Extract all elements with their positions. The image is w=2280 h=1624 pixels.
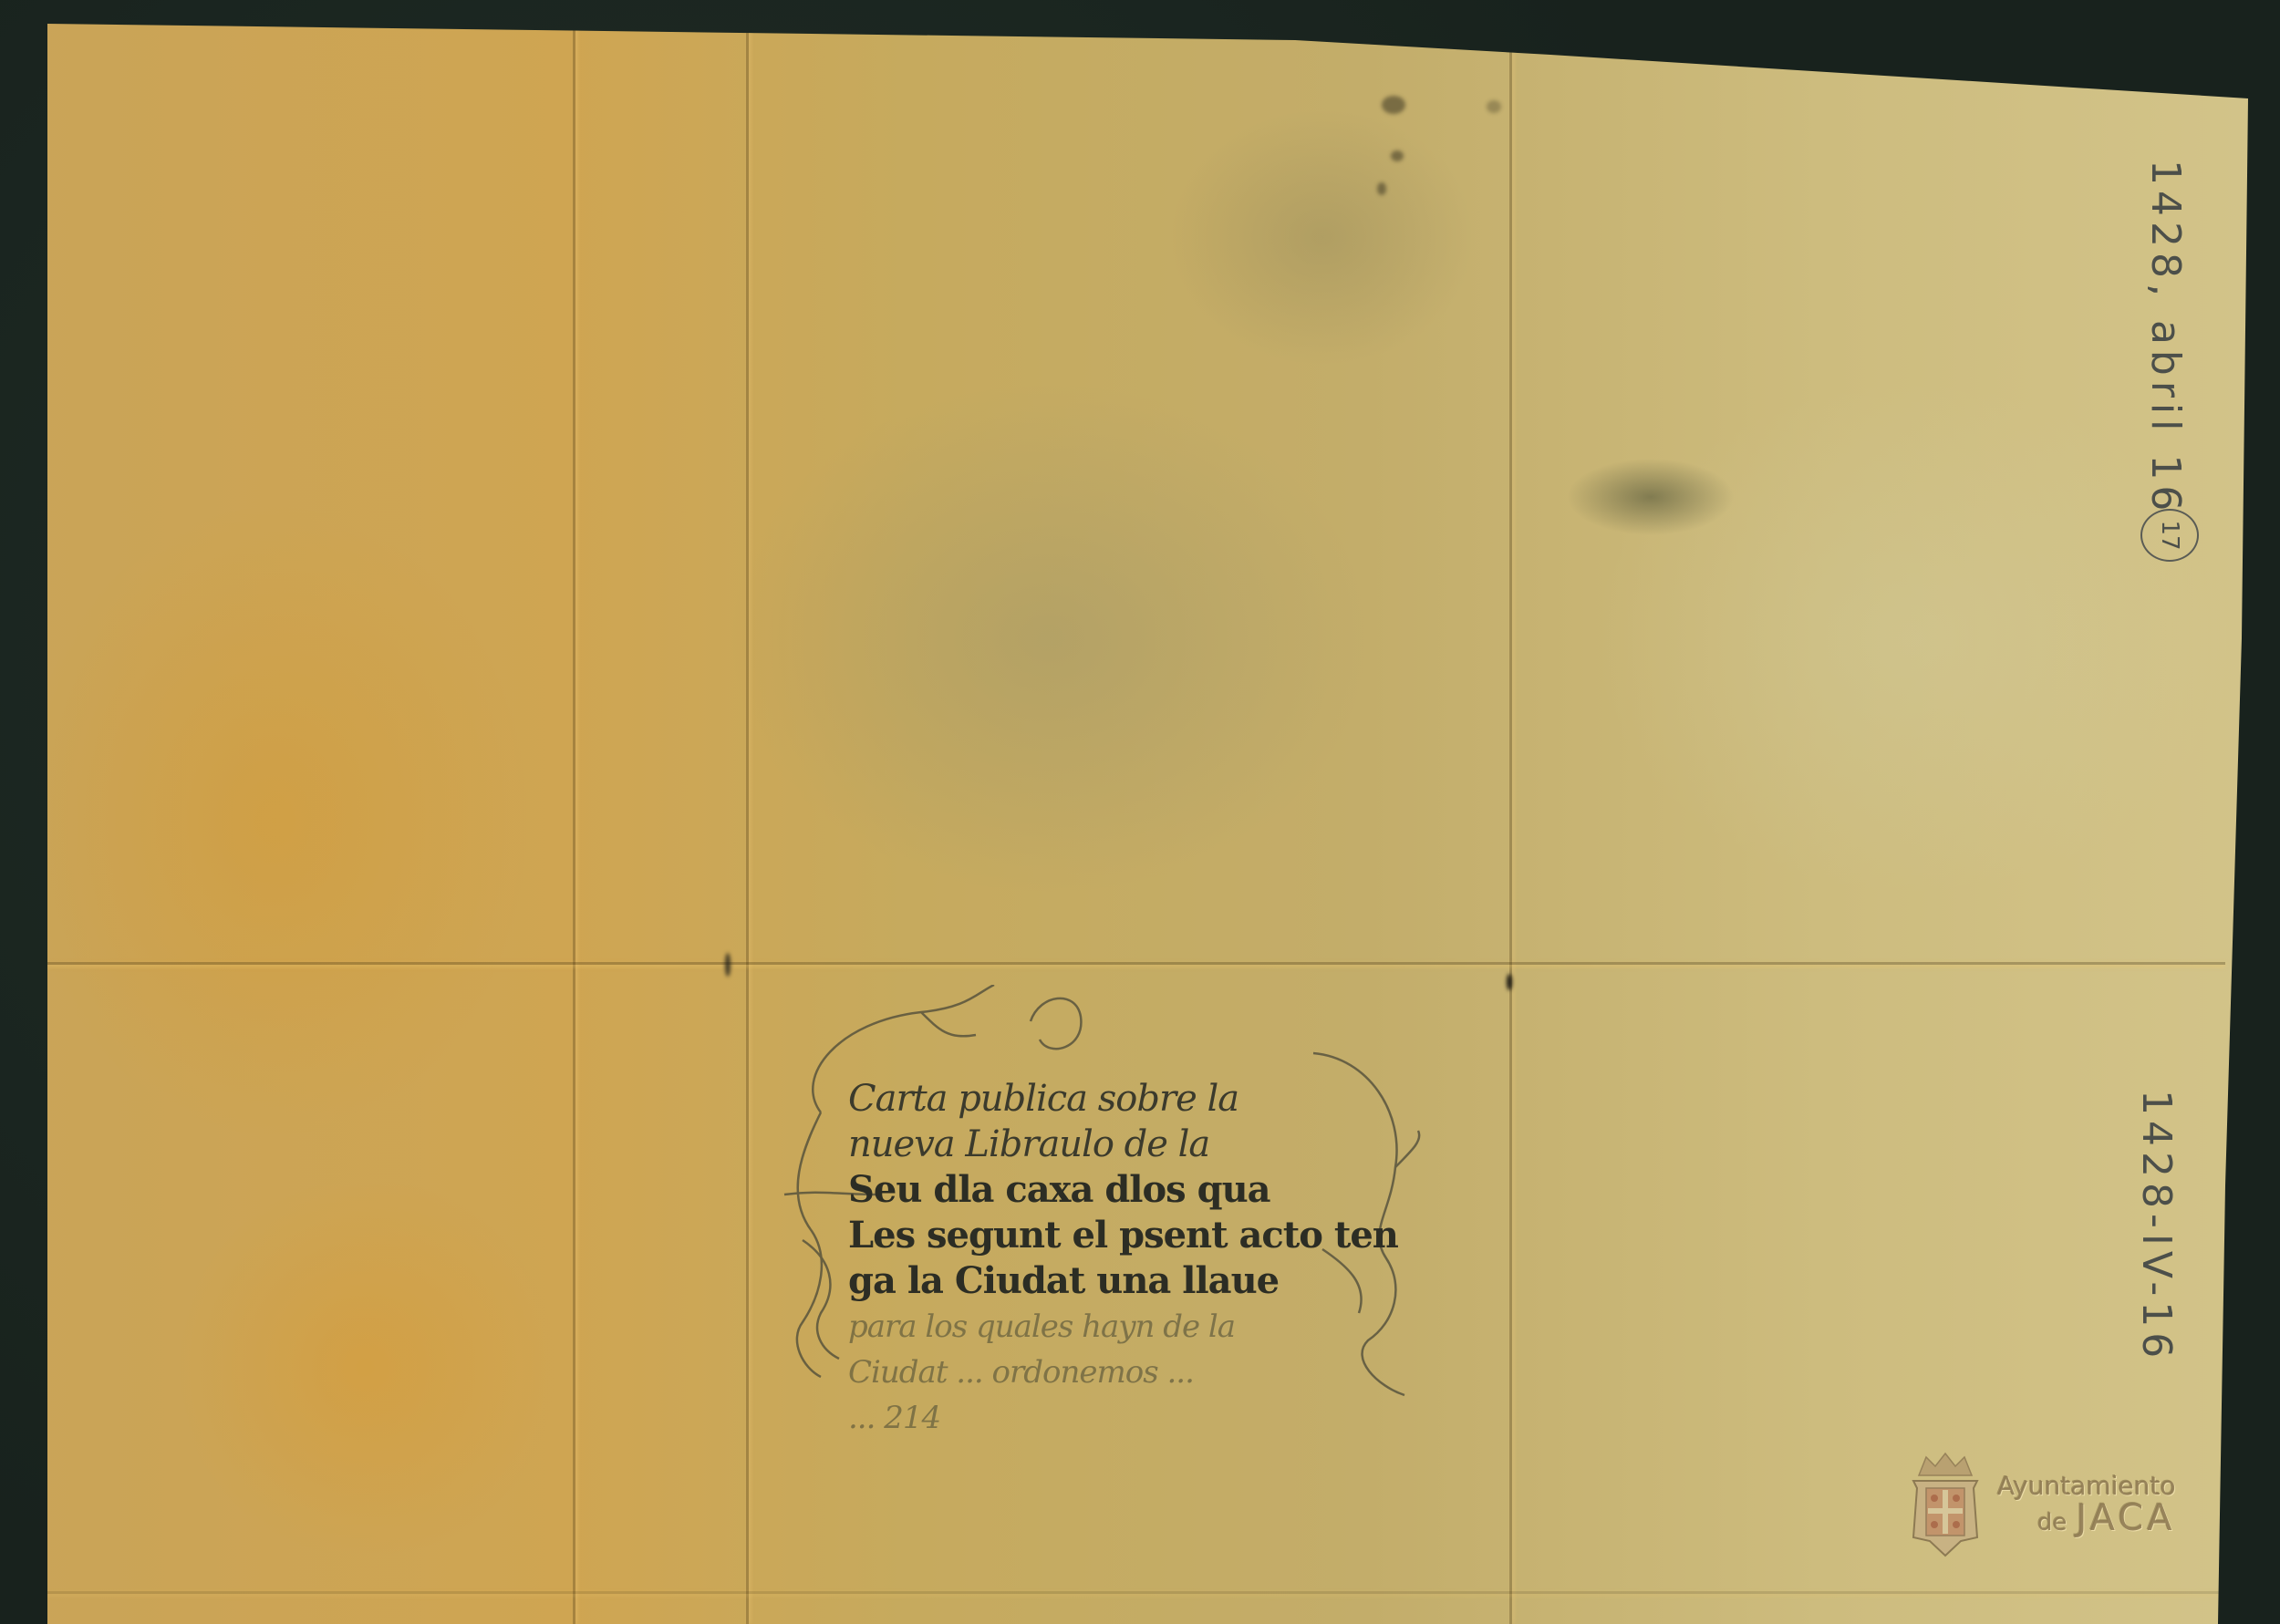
ink-stain: [1377, 182, 1386, 195]
endorsement-line: Seu dla caxa dlos qua: [848, 1167, 1432, 1213]
endorsement-line: para los quales hayn de la: [848, 1304, 1432, 1350]
archive-watermark: Ayuntamiento deJACA: [1906, 1450, 2176, 1559]
horizontal-fold-bottom: [47, 1591, 2225, 1594]
endorsement-line: ... 214: [848, 1395, 1432, 1441]
endorsement-line: nueva Libraulo de la: [848, 1122, 1432, 1167]
ink-stain: [1487, 100, 1501, 113]
endorsement-text: Carta publica sobre la nueva Libraulo de…: [848, 1076, 1432, 1441]
fold-hole: [1507, 974, 1512, 990]
pencil-date-annotation-2: 1428-IV-16: [2133, 1090, 2180, 1363]
circled-number: 17: [2140, 509, 2199, 562]
ink-stain: [1391, 150, 1404, 161]
pencil-date-annotation: 1428, abril 16: [2142, 160, 2189, 516]
parchment-sheet: Carta publica sobre la nueva Libraulo de…: [0, 0, 2280, 1624]
endorsement-line: Carta publica sobre la: [848, 1076, 1432, 1122]
vertical-fold-1: [573, 18, 575, 1624]
watermark-de: de: [2037, 1509, 2068, 1536]
ink-stain: [1382, 96, 1405, 114]
fold-hole: [725, 953, 731, 977]
endorsement-line: Ciudat ... ordonemos ...: [848, 1350, 1432, 1395]
endorsement-line: ga la Ciudat una llaue: [848, 1258, 1432, 1304]
coat-of-arms-icon: [1906, 1450, 1985, 1559]
vertical-fold-2: [746, 18, 749, 1624]
vertical-fold-3: [1509, 18, 1512, 1624]
endorsement-line: Les segunt el psent acto ten: [848, 1213, 1432, 1258]
horizontal-fold: [47, 962, 2225, 965]
watermark-city: JACA: [2077, 1497, 2176, 1539]
